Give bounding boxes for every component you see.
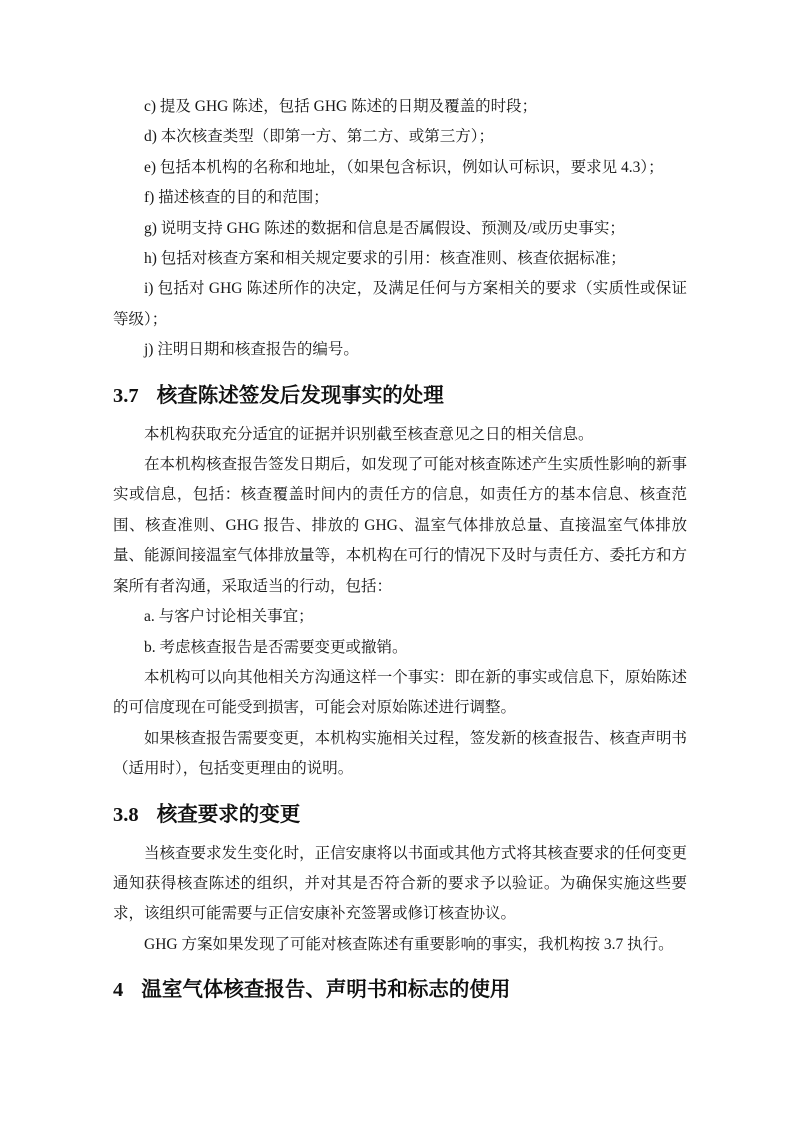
list-item-h: h) 包括对核查方案和相关规定要求的引用：核查准则、核查依据标准； [113,244,687,274]
section-4-title: 温室气体核查报告、声明书和标志的使用 [141,973,510,1007]
list-item-j: j) 注明日期和核查报告的编号。 [113,335,687,365]
section-4-number: 4 [113,973,123,1007]
list-item-f: f) 描述核查的目的和范围； [113,183,687,213]
paragraph: 如果核查报告需要变更，本机构实施相关过程，签发新的核查报告、核查声明书（适用时）… [113,724,687,785]
section-3-7-title: 核查陈述签发后发现事实的处理 [157,379,444,413]
paragraph: GHG 方案如果发现了可能对核查陈述有重要影响的事实，我机构按 3.7 执行。 [113,930,687,960]
section-3-7-heading: 3.7 核查陈述签发后发现事实的处理 [113,379,687,413]
section-3-7-number: 3.7 [113,379,139,413]
paragraph: 本机构获取充分适宜的证据并识别截至核查意见之日的相关信息。 [113,420,687,450]
paragraph: 本机构可以向其他相关方沟通这样一个事实：即在新的事实或信息下，原始陈述的可信度现… [113,663,687,724]
paragraph: 在本机构核查报告签发日期后，如发现了可能对核查陈述产生实质性影响的新事实或信息，… [113,450,687,602]
list-item-e: e) 包括本机构的名称和地址，（如果包含标识，例如认可标识，要求见 4.3）； [113,153,687,183]
list-item-i: i) 包括对 GHG 陈述所作的决定，及满足任何与方案相关的要求（实质性或保证等… [113,274,687,335]
sub-list-item-b: b. 考虑核查报告是否需要变更或撤销。 [113,633,687,663]
section-3-8-number: 3.8 [113,798,139,832]
section-4-heading: 4 温室气体核查报告、声明书和标志的使用 [113,973,687,1007]
sub-list-item-a: a. 与客户讨论相关事宜； [113,602,687,632]
list-item-c: c) 提及 GHG 陈述，包括 GHG 陈述的日期及覆盖的时段； [113,92,687,122]
list-item-g: g) 说明支持 GHG 陈述的数据和信息是否属假设、预测及/或历史事实； [113,214,687,244]
section-3-8-heading: 3.8 核查要求的变更 [113,798,687,832]
paragraph: 当核查要求发生变化时，正信安康将以书面或其他方式将其核查要求的任何变更通知获得核… [113,839,687,930]
list-item-d: d) 本次核查类型（即第一方、第二方、或第三方）； [113,122,687,152]
document-page: c) 提及 GHG 陈述，包括 GHG 陈述的日期及覆盖的时段； d) 本次核查… [0,0,800,1131]
section-3-8-title: 核查要求的变更 [157,798,301,832]
